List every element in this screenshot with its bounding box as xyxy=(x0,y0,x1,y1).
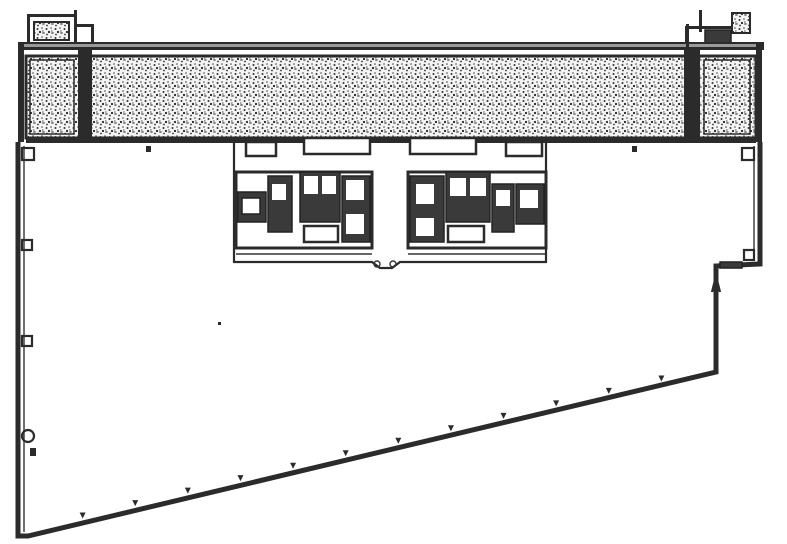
dot-mark xyxy=(218,322,221,325)
south-column-marker xyxy=(395,438,401,444)
south-wall-columns xyxy=(80,375,665,518)
south-column-marker xyxy=(343,450,349,456)
service-core xyxy=(234,138,546,268)
northeast-stair-stub xyxy=(685,10,750,44)
south-column-marker xyxy=(185,488,191,494)
open-floor xyxy=(18,142,760,536)
south-column-marker xyxy=(448,425,454,431)
column-mark xyxy=(146,146,151,152)
northwest-stair-stub xyxy=(27,10,94,44)
south-column-marker xyxy=(501,413,507,419)
south-column-marker xyxy=(553,400,559,406)
south-column-marker xyxy=(290,463,296,469)
top-strip xyxy=(18,24,764,143)
south-column-marker xyxy=(658,375,664,381)
column-mark xyxy=(632,146,637,152)
south-column-marker xyxy=(80,513,86,519)
south-column-marker xyxy=(132,500,138,506)
south-column-marker xyxy=(237,475,243,481)
floor-plan xyxy=(0,0,787,544)
south-column-marker xyxy=(606,388,612,394)
